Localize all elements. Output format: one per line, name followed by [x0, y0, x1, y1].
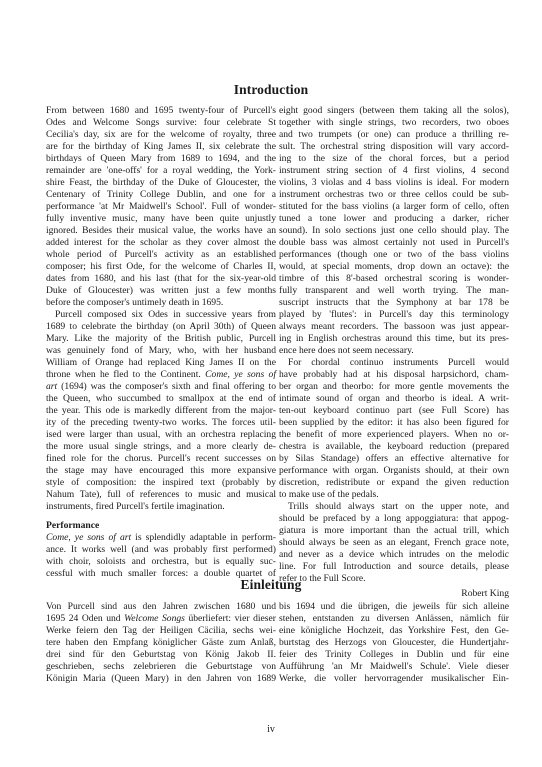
text-line: sound). In solo sections just one cello …	[279, 225, 509, 237]
text-line: Werke, die voller hervorragender musikal…	[279, 673, 509, 685]
text-line: dates from 1680, and his last (that for …	[46, 273, 276, 285]
text-line: Aufführung 'an Mr Maidwell's Schule'. Vi…	[279, 661, 509, 673]
text-line: always meant recorders. The bassoon was …	[279, 321, 509, 333]
text-line: should be prefaced by a long appoggiatur…	[279, 513, 509, 525]
text-line: by Silas Standage) offers an effective a…	[279, 453, 509, 465]
text-line: timbre of this 8'-based orchestral scori…	[279, 273, 509, 285]
text-line: ing to the size of the choral forces, bu…	[279, 153, 509, 165]
text-line: the more usual single strings, and a mor…	[46, 441, 276, 453]
text-line: Von Purcell sind aus den Jahren zwischen…	[46, 601, 276, 613]
text-line: tuned a tone lower and producing a darke…	[279, 213, 509, 225]
text-line: Duke of Gloucester) was written just a f…	[46, 285, 276, 297]
text-line: 1689 to celebrate the birthday (on April…	[46, 321, 276, 333]
text-line: art (1694) was the composer's sixth and …	[46, 381, 276, 393]
text-line: ignored. Besides their musical value, th…	[46, 225, 276, 237]
text-line: with choir, soloists and orchestra, but …	[46, 556, 276, 568]
text-line: composer; his first Ode, for the welcome…	[46, 261, 276, 273]
introduction-right-text: eight good singers (between them taking …	[279, 105, 509, 585]
text-line: ten-out keyboard continuo part (see Full…	[279, 405, 509, 417]
einleitung-right-text: bis 1694 und die übrigen, die jeweils fü…	[279, 601, 509, 685]
text-line: the stage may have encouraged this more …	[46, 465, 276, 477]
text-line: Trills should always start on the upper …	[279, 501, 509, 513]
text-line: the Queen, who succumbed to smallpox at …	[46, 393, 276, 405]
text-line: should always be seen as an elegant, Fre…	[279, 537, 509, 549]
text-line: are for the birthday of King James II, s…	[46, 141, 276, 153]
text-line: the benefit of more experienced players.…	[279, 429, 509, 441]
text-line: and two trumpets (or one) can produce a …	[279, 129, 509, 141]
performance-subheading: Performance	[46, 520, 276, 532]
page-number: iv	[0, 724, 542, 735]
text-line: Come, ye sons of art is splendidly adapt…	[46, 532, 276, 544]
text-line: 1695 24 Oden und Welcome Songs überliefe…	[46, 613, 276, 625]
text-line: violins, 3 violas and 4 bass violins is …	[279, 177, 509, 189]
text-line: For chordal continuo instruments Purcell…	[279, 357, 509, 369]
text-line: was genuinely fond of Mary, who, with he…	[46, 345, 276, 357]
text-line: fully transparent and well worth trying.…	[279, 285, 509, 297]
text-line: tere haben den Empfang königlicher Gäste…	[46, 637, 276, 649]
text-line: ised were larger than usual, with an orc…	[46, 429, 276, 441]
text-line: been supplied by the editor: it has also…	[279, 417, 509, 429]
text-line: Odes and Welcome Songs survive: four cel…	[46, 117, 276, 129]
text-line: discretion, redistribute or expand the g…	[279, 477, 509, 489]
performance-text: Come, ye sons of art is splendidly adapt…	[46, 532, 276, 580]
text-line: performance with organ. Organists should…	[279, 465, 509, 477]
text-line: throne when he fled to the Continent. Co…	[46, 369, 276, 381]
text-line: line. For full Introduction and source d…	[279, 561, 509, 573]
text-line: bis 1694 und die übrigen, die jeweils fü…	[279, 601, 509, 613]
text-line: stehen, entstanden zu diversen Anlässen,…	[279, 613, 509, 625]
text-line: performance 'at Mr Maidwell's School'. F…	[46, 201, 276, 213]
text-line: style of composition: the inspired text …	[46, 477, 276, 489]
text-line: ance. It works well (and was probably fi…	[46, 544, 276, 556]
text-line: added interest for the scholar as they c…	[46, 237, 276, 249]
text-line: ing in English orchestras around this ti…	[279, 333, 509, 345]
text-line: ence here does not seem necessary.	[279, 345, 509, 357]
text-line: together with single strings, two record…	[279, 117, 509, 129]
text-line: fined role for the chorus. Purcell's rec…	[46, 453, 276, 465]
text-line: the year. This ode is markedly different…	[46, 405, 276, 417]
einleitung-right-column: bis 1694 und die übrigen, die jeweils fü…	[279, 601, 509, 685]
text-line: feier des Trinity Colleges in Dublin und…	[279, 649, 509, 661]
text-line: Nahum Tate), full of references to music…	[46, 489, 276, 501]
text-line: double bass was almost certainly not use…	[279, 237, 509, 249]
text-line: From between 1680 and 1695 twenty-four o…	[46, 105, 276, 117]
text-line: before the composer's untimely death in …	[46, 297, 276, 309]
text-line: Werke feiern den Tag der Heiligen Cäcili…	[46, 625, 276, 637]
text-line: played by 'flutes': in Purcell's day thi…	[279, 309, 509, 321]
text-line: drei sind für den Geburtstag von König J…	[46, 649, 276, 661]
text-line: and never as a device which intrudes on …	[279, 549, 509, 561]
text-line: ity of the preceding twenty-two works. T…	[46, 417, 276, 429]
text-line: eight good singers (between them taking …	[279, 105, 509, 117]
introduction-right-column: eight good singers (between them taking …	[279, 105, 509, 600]
text-line: suscript instructs that the Symphony at …	[279, 297, 509, 309]
introduction-heading: Introduction	[0, 82, 542, 98]
text-line: instrument orchestras two or three cello…	[279, 189, 509, 201]
einleitung-left-text: Von Purcell sind aus den Jahren zwischen…	[46, 601, 276, 685]
text-line: Purcell composed six Odes in successive …	[46, 309, 276, 321]
text-line: would, at special moments, drop down an …	[279, 261, 509, 273]
text-line: ber organ and theorbo: for more gentle m…	[279, 381, 509, 393]
text-line: birthdays of Queen Mary from 1689 to 169…	[46, 153, 276, 165]
text-line: giatura is more important than the actua…	[279, 525, 509, 537]
text-line: instruments, fired Purcell's fertile ima…	[46, 501, 276, 513]
text-line: performances (though one or two of the b…	[279, 249, 509, 261]
text-line: fully inventive music, many have been qu…	[46, 213, 276, 225]
text-line: to make use of the pedals.	[279, 489, 509, 501]
einleitung-heading: Einleitung	[0, 577, 542, 593]
text-line: shire Feast, the birthday of the Duke of…	[46, 177, 276, 189]
text-line: sult. The orchestral string disposition …	[279, 141, 509, 153]
text-line: remainder are 'one-offs' for a royal wed…	[46, 165, 276, 177]
introduction-left-column: From between 1680 and 1695 twenty-four o…	[46, 105, 276, 580]
text-line: Centenary of Trinity College Dublin, and…	[46, 189, 276, 201]
text-line: chestra is available, the keyboard reduc…	[279, 441, 509, 453]
text-line: intimate sound of organ and theorbo is i…	[279, 393, 509, 405]
introduction-left-text: From between 1680 and 1695 twenty-four o…	[46, 105, 276, 513]
text-line: whole period of Purcell's activity as an…	[46, 249, 276, 261]
text-line: burtstag des Herzogs von Gloucester, die…	[279, 637, 509, 649]
einleitung-left-column: Von Purcell sind aus den Jahren zwischen…	[46, 601, 276, 685]
text-line: instrument string section of 4 first vio…	[279, 165, 509, 177]
text-line: Cecilia's day, six are for the welcome o…	[46, 129, 276, 141]
text-line: eine königliche Hochzeit, das Yorkshire …	[279, 625, 509, 637]
text-line: Königin Maria (Queen Mary) in den Jahren…	[46, 673, 276, 685]
text-line: William of Orange had replaced King Jame…	[46, 357, 276, 369]
text-line: have probably had at his disposal harpsi…	[279, 369, 509, 381]
text-line: stituted for the bass violins (a larger …	[279, 201, 509, 213]
text-line: geschrieben, sechs zelebrieren die Gebur…	[46, 661, 276, 673]
text-line: Mary. Like the majority of the British p…	[46, 333, 276, 345]
